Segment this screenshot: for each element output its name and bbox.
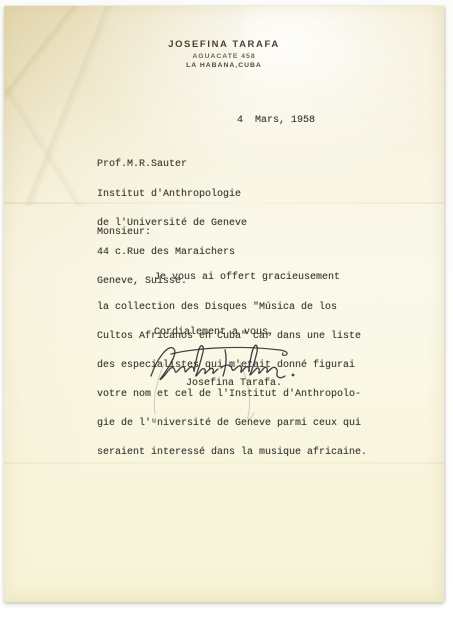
- body-line: seraient interessé dans la musique afric…: [97, 448, 367, 458]
- body-line: la collection des Disques "Música de los: [97, 303, 367, 313]
- letterhead-name: JOSEFINA TARAFA: [4, 39, 444, 50]
- letterhead-street: AGUACATE 458: [4, 53, 444, 60]
- letterhead: JOSEFINA TARAFA AGUACATE 458 LA HABANA,C…: [4, 39, 444, 69]
- salutation: Monsieur:: [97, 228, 151, 238]
- body-line: Je vous ai offert gracieusement: [97, 273, 367, 283]
- letterhead-city: LA HABANA,CUBA: [4, 62, 444, 69]
- recipient-line: Prof.M.R.Sauter: [97, 160, 247, 170]
- letter-paper: JOSEFINA TARAFA AGUACATE 458 LA HABANA,C…: [4, 6, 444, 602]
- scan-background: JOSEFINA TARAFA AGUACATE 458 LA HABANA,C…: [0, 0, 453, 640]
- typed-signature-name: Josefina Tarafa.: [186, 379, 282, 389]
- handwritten-signature: [145, 340, 305, 382]
- date-line: 4 Mars, 1958: [237, 116, 315, 126]
- closing-line: Cordialement a vous,: [154, 328, 274, 338]
- recipient-line: Institut d'Anthropologie: [97, 190, 247, 200]
